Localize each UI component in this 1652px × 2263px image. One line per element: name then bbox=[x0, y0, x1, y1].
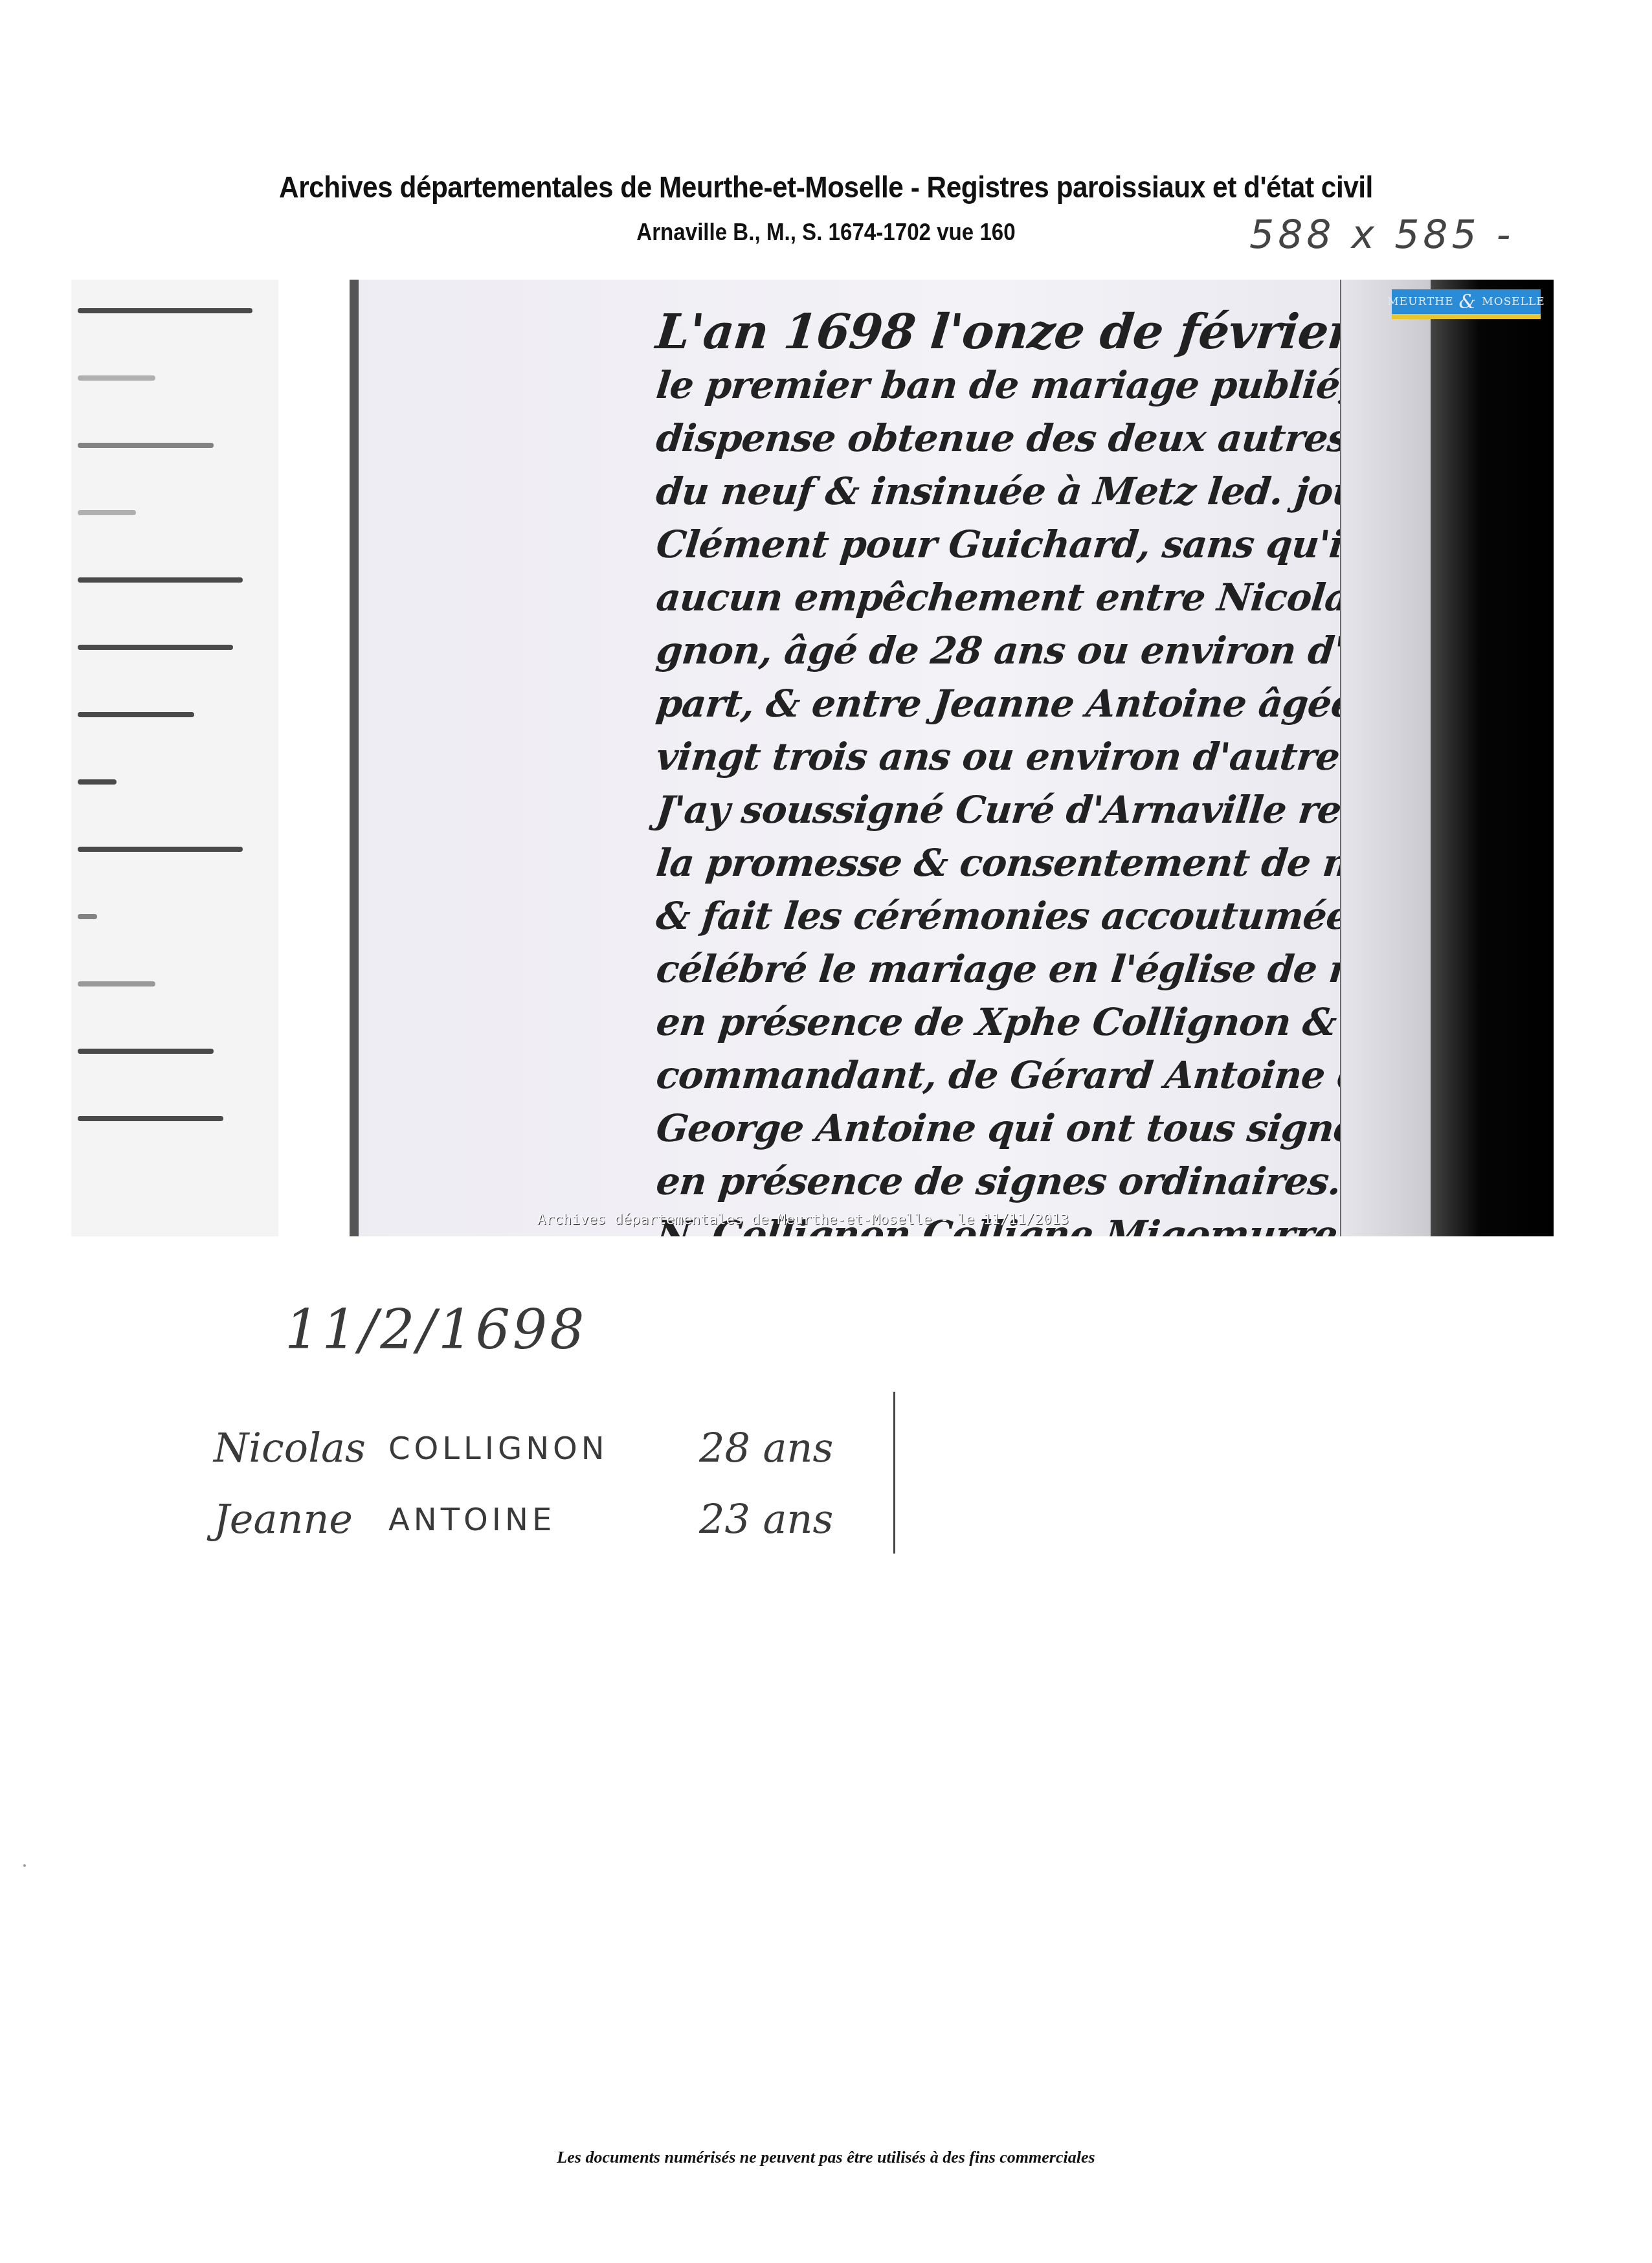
usage-disclaimer: Les documents numérisés ne peuvent pas ê… bbox=[0, 2148, 1652, 2167]
person-row-groom: Nicolas COLLIGNON 28 ans bbox=[214, 1424, 893, 1489]
person-row-bride: Jeanne ANTOINE 23 ans bbox=[214, 1495, 893, 1560]
right-margin bbox=[1340, 280, 1432, 1236]
pencil-vertical-line bbox=[893, 1392, 895, 1554]
scan-shadow-edge bbox=[1431, 280, 1554, 1236]
page-gutter bbox=[350, 280, 359, 1236]
scan-speck bbox=[23, 1864, 26, 1867]
handwritten-dimensions-note: 588 x 585 - bbox=[1249, 212, 1514, 258]
scan-gap bbox=[278, 280, 356, 1236]
archive-title: Archives départementales de Meurthe-et-M… bbox=[66, 170, 1586, 205]
meurthe-et-moselle-logo: MEURTHE & MOSELLE bbox=[1392, 289, 1541, 319]
given-name: Nicolas bbox=[214, 1424, 366, 1471]
previous-page-edge bbox=[71, 280, 280, 1236]
logo-text-right: MOSELLE bbox=[1482, 295, 1545, 308]
given-name: Jeanne bbox=[214, 1495, 353, 1543]
archive-watermark: Archives départementales de Meurthe-et-M… bbox=[537, 1212, 1069, 1228]
faded-text-strokes bbox=[78, 286, 272, 1161]
register-page: L'an 1698 l'onze de février, après le pr… bbox=[359, 280, 1411, 1236]
surname: COLLIGNON bbox=[388, 1431, 608, 1467]
register-scan-image: L'an 1698 l'onze de février, après le pr… bbox=[71, 280, 1554, 1236]
logo-ampersand: & bbox=[1459, 291, 1477, 313]
surname: ANTOINE bbox=[388, 1502, 555, 1538]
age: 23 ans bbox=[699, 1495, 833, 1543]
age: 28 ans bbox=[699, 1424, 833, 1471]
note-date: 11/2/1698 bbox=[285, 1298, 587, 1361]
logo-text-left: MEURTHE bbox=[1387, 295, 1453, 308]
